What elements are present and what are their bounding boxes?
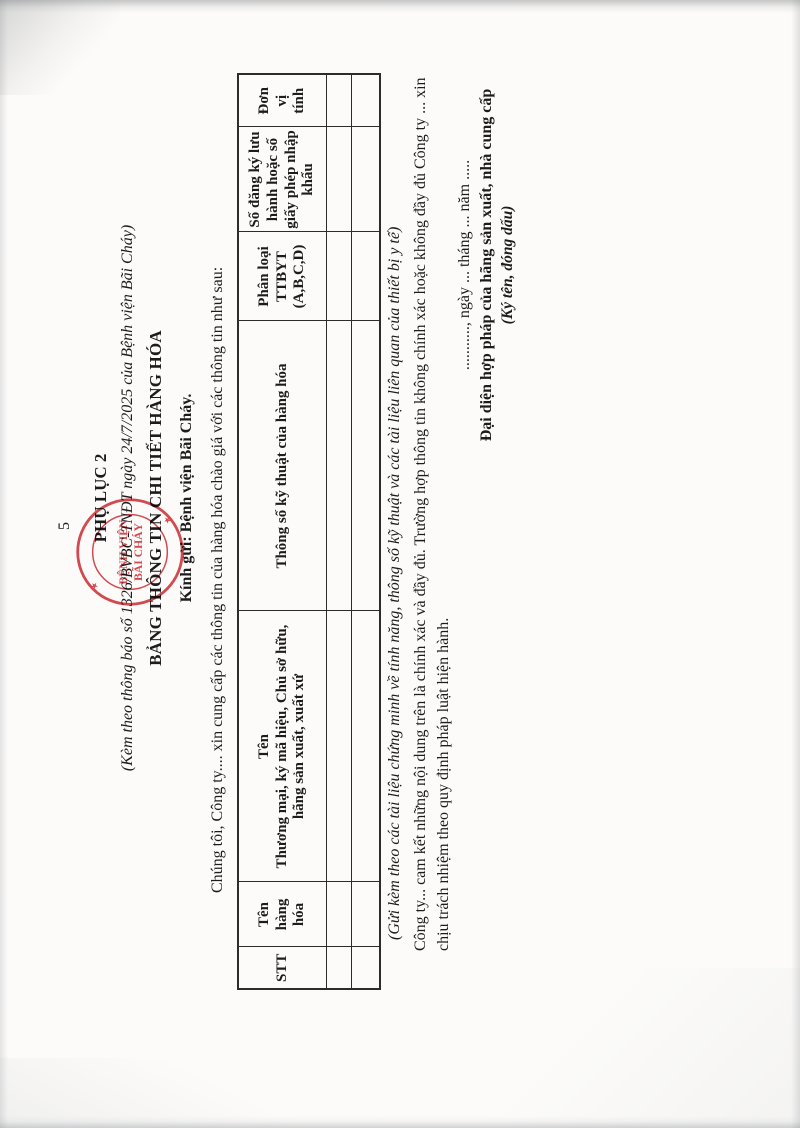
table-cell (327, 882, 352, 947)
scan-sheet: 5 PHỤ LỤC 2 (Kèm theo thông báo số 1326/… (0, 0, 800, 1128)
stamp-star-left-icon: ★ (88, 580, 100, 592)
sign-instruction: (Ký tên, đóng dấu) (499, 74, 517, 456)
rotated-page-content: 5 PHỤ LỤC 2 (Kèm theo thông báo số 1326/… (0, 0, 800, 1128)
table-cell (352, 127, 381, 232)
header-cell-thong-so-ky-thuat: Thông số kỹ thuật của hàng hóa (238, 321, 327, 611)
table-cell (352, 232, 381, 321)
table-cell (327, 232, 352, 321)
table-cell (352, 947, 381, 989)
stamp-star-right-icon: ★ (161, 514, 173, 526)
attachment-note: (Gửi kèm theo các tài liệu chứng minh về… (386, 227, 404, 940)
commitment-paragraph: Công ty... cam kết những nội dung trên l… (409, 56, 455, 951)
table-cell (352, 882, 381, 947)
table-cell (327, 321, 352, 611)
header-cell-don-vi-tinh: Đơn vị tính (238, 74, 327, 127)
signature-date-line: ..........., ngày ... tháng ... năm ....… (456, 74, 474, 456)
page-number: 5 (56, 504, 74, 548)
table-cell (352, 611, 381, 882)
header-cell-ten-thuong-mai: Tên Thương mại, ký mã hiệu, Chủ sở hữu, … (238, 611, 327, 882)
table-row (327, 74, 352, 989)
header-cell-phan-loai-ttbyt: Phân loại TTBYT (A,B,C,D) (238, 232, 327, 321)
signature-block: ..........., ngày ... tháng ... năm ....… (456, 74, 517, 456)
table-cell (327, 947, 352, 989)
stamp-center-line1: BỆNH VIỆN (116, 519, 130, 584)
header-cell-so-dang-ky: Số đăng ký lưu hành hoặc số giấy phép nh… (238, 127, 327, 232)
signer-title: Đại diện hợp pháp của hãng sản xuất, nhà… (478, 74, 496, 456)
table-cell (327, 74, 352, 127)
intro-paragraph: Chúng tôi, Công ty.... xin cung cấp các … (209, 58, 227, 953)
table-row (352, 74, 381, 989)
header-cell-ten-hang-hoa: Tên hàng hóa (238, 882, 327, 947)
stamp-center-line2: BÃI CHÁY (131, 522, 145, 581)
hospital-round-stamp-icon: TỈNH QUẢNG NINH SỞ Y TẾ ★ ★ BỆNH VIỆN BÃ… (74, 496, 186, 608)
table-cell (352, 321, 381, 611)
table-cell (327, 611, 352, 882)
table-cell (327, 127, 352, 232)
stamp-graphic: TỈNH QUẢNG NINH SỞ Y TẾ ★ ★ BỆNH VIỆN BÃ… (74, 496, 186, 608)
table-cell (352, 74, 381, 127)
scanned-document-page: { "page_number": "5", "header": { "appen… (0, 0, 800, 1128)
header-cell-stt: STT (238, 947, 327, 989)
goods-info-table: STT Tên hàng hóa Tên Thương mại, ký mã h… (237, 73, 381, 990)
table-header-row: STT Tên hàng hóa Tên Thương mại, ký mã h… (238, 74, 327, 989)
